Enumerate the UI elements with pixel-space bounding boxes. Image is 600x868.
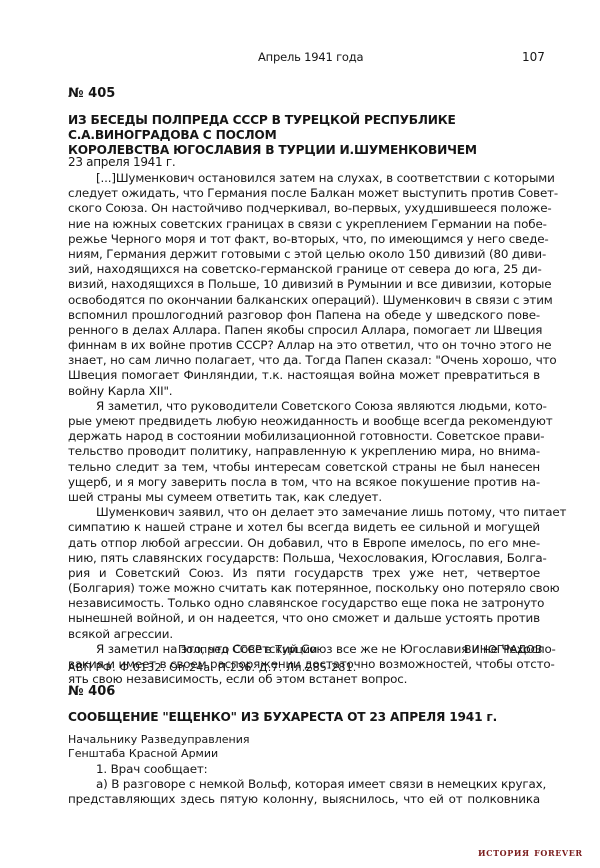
document-title-406: СООБЩЕНИЕ "ЕЩЕНКО" ИЗ БУХАРЕСТА ОТ 23 АП… (68, 710, 497, 725)
document-title-405: ИЗ БЕСЕДЫ ПОЛПРЕДА СССР В ТУРЕЦКОЙ РЕСПУ… (68, 113, 477, 158)
text-line: финнам в их войне против СССР? Аллар на … (68, 338, 540, 353)
document-page: Апрель 1941 года 107 № 405 ИЗ БЕСЕДЫ ПОЛ… (0, 0, 600, 868)
text-line: всякой агрессии. (68, 627, 540, 642)
text-line: Шуменкович заявил, что он делает это зам… (68, 505, 540, 520)
signature-block: Полпред СССР в Турции ВИНОГРАДОВ (0, 643, 600, 659)
text-line: ние на южных советских границах в связи … (68, 217, 540, 232)
addressee: Начальнику Разведуправления Генштаба Кра… (68, 733, 250, 760)
text-line: рия и Советский Союз. Из пяти государств… (68, 566, 540, 581)
text-line: ниям, Германия держит готовыми с этой це… (68, 247, 540, 262)
text-line: (Болгария) тоже можно считать как потеря… (68, 581, 540, 596)
signatory-position: Полпред СССР в Турции (178, 643, 317, 656)
title-line: ИЗ БЕСЕДЫ ПОЛПРЕДА СССР В ТУРЕЦКОЙ РЕСПУ… (68, 113, 477, 128)
running-head: Апрель 1941 года 107 (0, 50, 600, 66)
signatory-name: ВИНОГРАДОВ (464, 643, 542, 656)
text-line: 1. Врач сообщает: (68, 762, 540, 777)
document-number-405: № 405 (68, 86, 115, 101)
text-line: нынешней войной, и он надеется, что оно … (68, 611, 540, 626)
text-line: тельство проводит политику, направленную… (68, 444, 540, 459)
text-line: ского Союза. Он настойчиво подчеркивал, … (68, 201, 540, 216)
addressee-line: Начальнику Разведуправления (68, 733, 250, 747)
text-line: представляющих здесь пятую колонну, выяс… (68, 792, 540, 807)
text-line: визий, находящихся в Польше, 10 дивизий … (68, 277, 540, 292)
text-line: [...]Шуменкович остановился затем на слу… (68, 171, 540, 186)
text-line: ренного в делах Аллара. Папен якобы спро… (68, 323, 540, 338)
text-line: вспомнил прошлогодний разговор фон Папен… (68, 308, 540, 323)
text-line: ущерб, и я могу заверить посла в том, чт… (68, 475, 540, 490)
text-line: рые умеют предвидеть любую неожиданность… (68, 414, 540, 429)
text-line: знает, но сам лично полагает, что да. То… (68, 353, 540, 368)
text-line: ять свою независимость, если об этом вст… (68, 672, 540, 687)
text-line: а) В разговоре с немкой Вольф, которая и… (68, 777, 540, 792)
text-line: следует ожидать, что Германия после Балк… (68, 186, 540, 201)
text-line: держать народ в состоянии мобилизационно… (68, 429, 540, 444)
text-line: Швеция помогает Финляндии, т.к. настояща… (68, 368, 540, 383)
text-line: дать отпор любой агрессии. Он добавил, ч… (68, 536, 540, 551)
addressee-line: Генштаба Красной Армии (68, 747, 250, 761)
archive-reference: АВП РФ. Ф.0132. Оп.24а. П.236. Д.7. Лл.2… (68, 661, 356, 674)
text-line: шей страны мы сумеем ответить так, как с… (68, 490, 540, 505)
text-line: симпатию к нашей стране и хотел бы всегд… (68, 520, 540, 535)
document-date: 23 апреля 1941 г. (68, 155, 175, 169)
text-line: зий, находящихся на советско-германской … (68, 262, 540, 277)
text-line: войну Карла XII". (68, 384, 540, 399)
text-line: тельно следит за тем, чтобы интересам со… (68, 460, 540, 475)
document-number-406: № 406 (68, 684, 115, 699)
text-line: нию, пять славянских государств: Польша,… (68, 551, 540, 566)
watermark-logo: история forever (478, 846, 583, 859)
text-line: освободятся по окончании балканских опер… (68, 293, 540, 308)
page-number: 107 (522, 50, 545, 64)
document-body-406: 1. Врач сообщает: а) В разговоре с немко… (68, 762, 540, 808)
running-head-title: Апрель 1941 года (258, 50, 363, 64)
title-line: С.А.ВИНОГРАДОВА С ПОСЛОМ (68, 128, 477, 143)
document-body-405: [...]Шуменкович остановился затем на слу… (68, 171, 540, 687)
text-line: Я заметил, что руководители Советского С… (68, 399, 540, 414)
text-line: независимость. Только одно славянское го… (68, 596, 540, 611)
text-line: режье Черного моря и тот факт, во-вторых… (68, 232, 540, 247)
